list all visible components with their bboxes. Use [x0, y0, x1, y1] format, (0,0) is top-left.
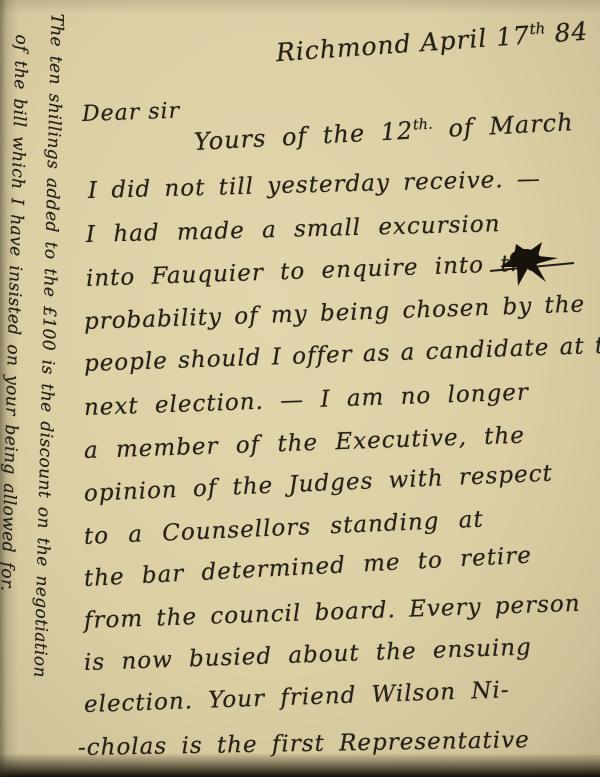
opening-line-rest: of March — [432, 108, 574, 143]
ink-blot — [488, 236, 576, 294]
letter-line: next election. — I am no longer — [84, 379, 530, 421]
opening-line-superscript2: th. — [413, 117, 433, 134]
dateline-year: 84 — [545, 17, 590, 49]
letter-line: from the council board. Every person — [84, 591, 581, 634]
letter-line: into Fauquier to enquire into the — [86, 250, 542, 292]
letter-line: to a Counsellors standing at — [83, 507, 484, 550]
letter-line: probability of my being chosen by the — [84, 292, 586, 335]
dateline-text: Richmond April 17 — [275, 21, 531, 68]
letter-line: election. Your friend Wilson Ni- — [84, 677, 510, 718]
dateline: Richmond April 17th 84 — [275, 16, 589, 67]
opening-line-text: Yours of the 12 — [193, 117, 414, 156]
salutation: Dear sir — [82, 99, 181, 127]
letter-page: The ten shillings added to the £100 is t… — [0, 0, 600, 777]
letter-line: a member of the Executive, the — [84, 423, 526, 464]
letter-line: I had made a small excursion — [86, 211, 501, 248]
margin-note: The ten shillings added to the £100 is t… — [0, 0, 74, 774]
letter-line: is now busied about the ensuing — [84, 634, 533, 676]
letter-line: opinion of the Judges with respect — [83, 461, 553, 507]
opening-line: Yours of the 12th. of March — [193, 108, 574, 156]
letter-line: people should I offer as a candidate at … — [84, 332, 600, 377]
letter-line: the bar determined me to retire — [83, 543, 532, 592]
letter-line: -cholas is the first Representative — [78, 727, 530, 761]
dateline-superscript: th — [529, 19, 546, 38]
letter-line: I did not till yesterday receive. — — [88, 166, 542, 204]
